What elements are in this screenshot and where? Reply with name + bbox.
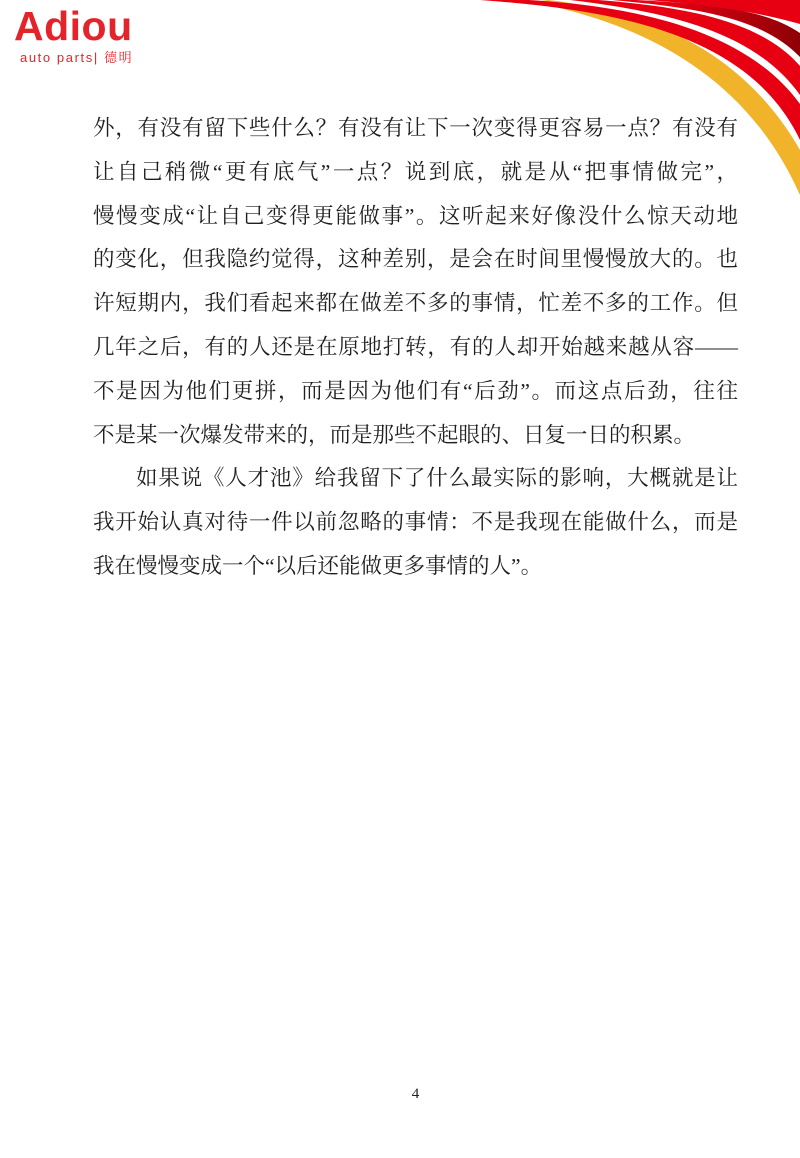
body-text: 外，有没有留下些什么？有没有让下一次变得更容易一点？有没有 让自己稍微“更有底气…	[93, 107, 738, 589]
body-text-line: 我在慢慢变成一个“以后还能做更多事情的人”。	[93, 545, 738, 589]
brand-name: Adiou	[14, 6, 133, 46]
brand-tagline: auto parts| 德明	[14, 47, 133, 66]
page-number: 4	[93, 1086, 738, 1103]
body-text-line: 慢慢变成“让自己变得更能做事”。这听起来好像没什么惊天动地	[93, 195, 738, 239]
body-text-line: 如果说《人才池》给我留下了什么最实际的影响，大概就是让	[93, 457, 738, 501]
brand-logo: Adiou auto parts| 德明	[14, 6, 133, 66]
body-text-line: 的变化，但我隐约觉得，这种差别，是会在时间里慢慢放大的。也	[93, 238, 738, 282]
body-text-line: 不是某一次爆发带来的，而是那些不起眼的、日复一日的积累。	[93, 414, 738, 458]
body-text-line: 外，有没有留下些什么？有没有让下一次变得更容易一点？有没有	[93, 107, 738, 151]
body-text-line: 几年之后，有的人还是在原地打转，有的人却开始越来越从容——	[93, 326, 738, 370]
body-text-line: 不是因为他们更拼，而是因为他们有“后劲”。而这点后劲，往往	[93, 370, 738, 414]
body-text-line: 我开始认真对待一件以前忽略的事情：不是我现在能做什么，而是	[93, 501, 738, 545]
body-text-line: 许短期内，我们看起来都在做差不多的事情，忙差不多的工作。但	[93, 282, 738, 326]
body-text-line: 让自己稍微“更有底气”一点？说到底，就是从“把事情做完”，	[93, 151, 738, 195]
document-page: Adiou auto parts| 德明 外，有没有留下些什么？有没有让下一次变…	[0, 0, 800, 1158]
